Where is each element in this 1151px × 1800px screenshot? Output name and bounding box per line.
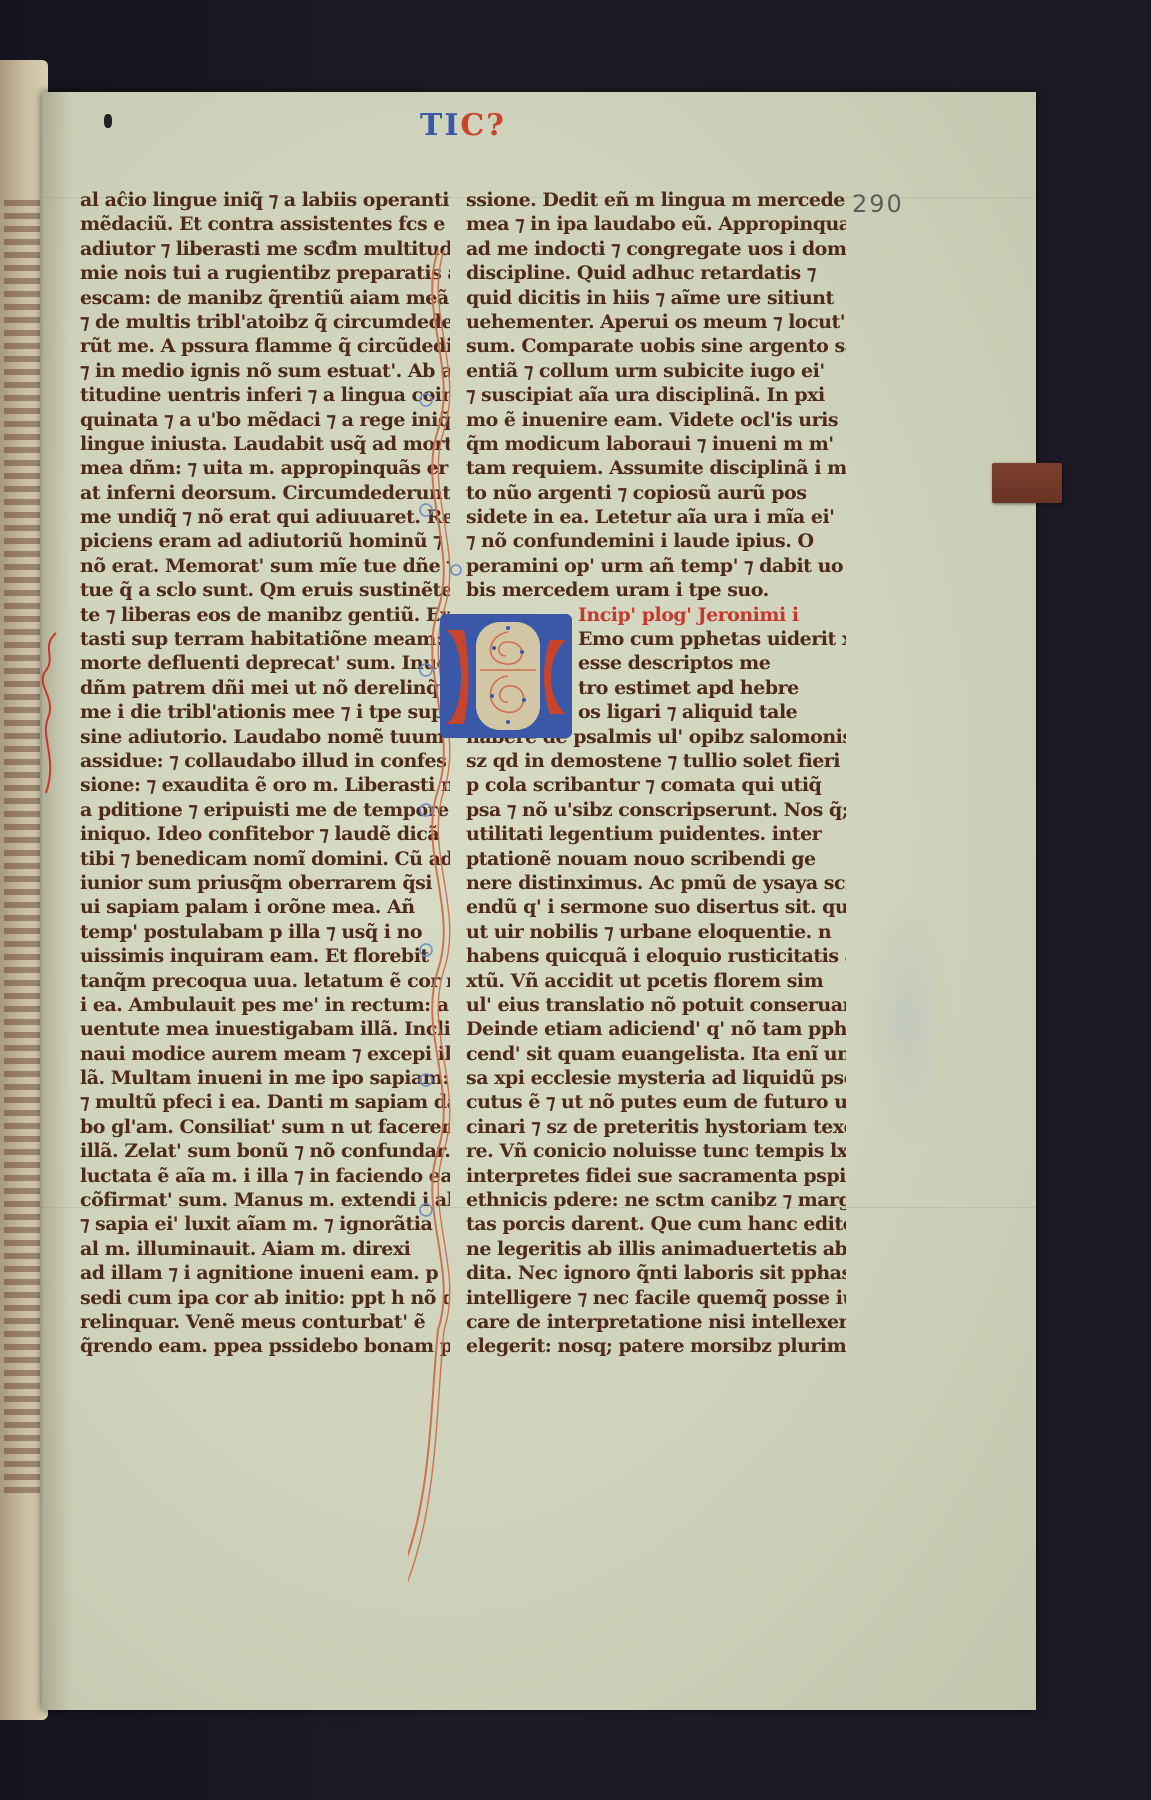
- text-line: ethnicis pdere: ne sctm canibz ⁊ margari: [466, 1188, 846, 1212]
- decorated-initial-n: [436, 612, 576, 740]
- left-text-column: al aĉio lingue iniq̃ ⁊ a labiis operanti…: [80, 188, 450, 1359]
- text-line: ut uir nobilis ⁊ urbane eloquentie. n: [466, 920, 846, 944]
- text-line: sa xpi ecclesie mysteria ad liquidũ pse: [466, 1066, 846, 1090]
- text-line: cend' sit quam euangelista. Ita enĩ uniu…: [466, 1042, 846, 1066]
- text-line: discipline. Quid adhuc retardatis ⁊: [466, 261, 846, 285]
- text-line: ssione. Dedit eñ m lingua m mercede: [466, 188, 846, 212]
- text-line: uissimis inquiram eam. Et florebit: [80, 944, 450, 968]
- text-line: mea ⁊ in ipa laudabo eũ. Appropinquate: [466, 212, 846, 236]
- text-line: ⁊ de multis tribl'atoibz q̃ circumdede: [80, 310, 450, 334]
- text-line: interpretes fidei sue sacramenta pspicue: [466, 1164, 846, 1188]
- text-line: ⁊ sapia ei' luxit aĩam m. ⁊ ignorãtia: [80, 1212, 450, 1236]
- text-line: tue q̃ a sclo sunt. Qm eruis sustinẽtes: [80, 578, 450, 602]
- text-line: ⁊ nõ confundemini i laude ipius. O: [466, 529, 846, 553]
- text-line: nõ erat. Memorat' sum mĩe tue dñe ⁊ opat…: [80, 554, 450, 578]
- text-line: ui sapiam palam i orõne mea. Añ: [80, 895, 450, 919]
- text-line: morte defluenti deprecat' sum. Inuocaui: [80, 651, 450, 675]
- facing-page-edge: [0, 60, 48, 1720]
- text-line: ⁊ multũ pfeci i ea. Danti m sapiam da: [80, 1090, 450, 1114]
- right-text-column: ssione. Dedit eñ m lingua m mercedemea ⁊…: [466, 188, 846, 1359]
- pen-flourish-decoration: [408, 250, 468, 1650]
- text-line: sidete in ea. Letetur aĩa ura i mĩa ei': [466, 505, 846, 529]
- text-line: peramini op' urm añ temp' ⁊ dabit uo: [466, 554, 846, 578]
- ink-dot: [104, 114, 112, 128]
- text-line: naui modice aurem meam ⁊ excepi il: [80, 1042, 450, 1066]
- text-line: ad me indocti ⁊ congregate uos i domũ: [466, 237, 846, 261]
- text-line: sz qd in demostene ⁊ tullio solet fieri: [466, 749, 846, 773]
- text-line: to nũo argenti ⁊ copiosũ aurũ pos: [466, 481, 846, 505]
- text-line: care de interpretatione nisi intellexeri…: [466, 1310, 846, 1334]
- text-line: sedi cum ipa cor ab initio: ppt h nõ de: [80, 1286, 450, 1310]
- text-line: elegerit: nosq; patere morsibz plurimor: [466, 1334, 846, 1358]
- text-line: al m. illuminauit. Aiam m. direxi: [80, 1237, 450, 1261]
- text-line: iniquo. Ideo confitebor ⁊ laudẽ dicã: [80, 822, 450, 846]
- text-line: me i die tribl'ationis mee ⁊ i tpe supbo…: [80, 700, 450, 724]
- text-line: illã. Zelat' sum bonũ ⁊ nõ confundar. Co…: [80, 1139, 450, 1163]
- text-line: uentute mea inuestigabam illã. Incli: [80, 1017, 450, 1041]
- text-line: rũt me. A pssura flamme q̃ circũdedit me…: [80, 334, 450, 358]
- text-line: p cola scribantur ⁊ comata qui utiq̃: [466, 773, 846, 797]
- text-line: psa ⁊ nõ u'sibz conscripserunt. Nos q̃;: [466, 798, 846, 822]
- bookmark-tab: [992, 463, 1062, 503]
- text-line: cinari ⁊ sz de preteritis hystoriam texe: [466, 1115, 846, 1139]
- text-line: adiutor ⁊ liberasti me scđm multitudinẽ: [80, 237, 450, 261]
- text-line: tibi ⁊ benedicam nomĩ domini. Cũ adhuc: [80, 847, 450, 871]
- running-header-red: C?: [460, 108, 505, 143]
- text-line: iunior sum priusq̃m oberrarem q̃si: [80, 871, 450, 895]
- text-line: relinquar. Venẽ meus conturbat' ẽ: [80, 1310, 450, 1334]
- text-line: q̃m modicum laboraui ⁊ inueni m m': [466, 432, 846, 456]
- text-line: tanq̃m precoqua uua. letatum ẽ cor m.: [80, 969, 450, 993]
- text-line: mie nois tui a rugientibz preparatis ad: [80, 261, 450, 285]
- text-line: luctata ẽ aĩa m. i illa ⁊ in faciendo ea: [80, 1164, 450, 1188]
- text-line: Deinde etiam adiciend' q' nõ tam ppha di: [466, 1017, 846, 1041]
- text-line: assidue: ⁊ collaudabo illud in confes: [80, 749, 450, 773]
- text-line: q̃rendo eam. ppea pssidebo bonam pssel: [80, 1334, 450, 1358]
- parchment-stain: [862, 892, 952, 1152]
- text-line: at inferni deorsum. Circumdederunt: [80, 481, 450, 505]
- text-line: ⁊ suscipiat aĩa ura disciplinã. In pxi: [466, 383, 846, 407]
- text-line: bo gl'am. Consiliat' sum n ut facerem: [80, 1115, 450, 1139]
- text-line: dita. Nec ignoro q̃nti laboris sit pphas: [466, 1261, 846, 1285]
- text-line: ptationẽ nouam nouo scribendi ge: [466, 847, 846, 871]
- text-line: cutus ẽ ⁊ ut nõ putes eum de futuro uati: [466, 1090, 846, 1114]
- text-line: quinata ⁊ a u'bo mẽdaci ⁊ a rege iniq̃ ⁊: [80, 408, 450, 432]
- running-header-blue: TI: [420, 108, 460, 143]
- text-line: escam: de manibz q̃rentiũ aiam meã: [80, 286, 450, 310]
- text-line: mo ẽ inuenire eam. Videte ocl'is uris: [466, 408, 846, 432]
- text-line: habens quicquã i eloquio rusticitatis ad…: [466, 944, 846, 968]
- text-line: me undiq̃ ⁊ nõ erat qui adiuuaret. Res: [80, 505, 450, 529]
- marginal-annotation-mark: [38, 628, 60, 798]
- text-line: ne legeritis ab illis animaduertetis abs…: [466, 1237, 846, 1261]
- text-line: tam requiem. Assumite disciplinã i mul: [466, 456, 846, 480]
- text-line: bis mercedem uram i tpe suo.: [466, 578, 846, 602]
- running-header: TIC?: [420, 108, 506, 143]
- text-line: sum. Comparate uobis sine argento sapi: [466, 334, 846, 358]
- text-line: xtũ. Vñ accidit ut pcetis florem sim: [466, 969, 846, 993]
- text-line: a pditione ⁊ eripuisti me de tempore: [80, 798, 450, 822]
- text-line: mea dñm: ⁊ uita m. appropinquãs er: [80, 456, 450, 480]
- text-line: uehementer. Aperui os meum ⁊ locut': [466, 310, 846, 334]
- text-line: sine adiutorio. Laudabo nomẽ tuum: [80, 725, 450, 749]
- facing-page-text: [4, 200, 40, 1500]
- text-line: titudine uentris inferi ⁊ a lingua coin: [80, 383, 450, 407]
- text-line: intelligere ⁊ nec facile quemq̃ posse iu…: [466, 1286, 846, 1310]
- text-line: quid dicitis in hiis ⁊ aĩme ure sitiunt: [466, 286, 846, 310]
- text-line: nere distinximus. Ac pmũ de ysaya sci: [466, 871, 846, 895]
- text-line: lã. Multam inueni in me ipo sapiam:: [80, 1066, 450, 1090]
- text-line: tas porcis darent. Que cum hanc edito: [466, 1212, 846, 1236]
- text-line: utilitati legentium puidentes. inter: [466, 822, 846, 846]
- text-line: tasti sup terram habitatiõne meam: ⁊ pro: [80, 627, 450, 651]
- text-line: sione: ⁊ exaudita ẽ oro m. Liberasti me: [80, 773, 450, 797]
- text-line: entiã ⁊ collum urm subicite iugo ei': [466, 359, 846, 383]
- text-line: piciens eram ad adiutoriũ hominũ ⁊: [80, 529, 450, 553]
- text-line: dñm patrem dñi mei ut nõ derelinq̃t: [80, 676, 450, 700]
- text-line: ⁊ in medio ignis nõ sum estuat'. Ab al: [80, 359, 450, 383]
- text-line: endũ q' i sermone suo disertus sit. quip…: [466, 895, 846, 919]
- text-line: te ⁊ liberas eos de manibz gentiũ. Exal: [80, 603, 450, 627]
- text-line: re. Vñ conicio noluisse tunc tempis lxx: [466, 1139, 846, 1163]
- text-line: temp' postulabam p illa ⁊ usq̃ i no: [80, 920, 450, 944]
- text-line: i ea. Ambulauit pes me' in rectum: a iu: [80, 993, 450, 1017]
- text-line: ad illam ⁊ i agnitione inueni eam. p: [80, 1261, 450, 1285]
- text-line: cõfirmat' sum. Manus m. extendi i alt: [80, 1188, 450, 1212]
- text-line: lingue iniusta. Laudabit usq̃ ad mortẽ a…: [80, 432, 450, 456]
- text-line: al aĉio lingue iniq̃ ⁊ a labiis operanti…: [80, 188, 450, 212]
- text-line: ul' eius translatio nõ potuit conseruare…: [466, 993, 846, 1017]
- folio-number: 290: [852, 190, 904, 218]
- text-line: mẽdaciũ. Et contra assistentes fcs e in: [80, 212, 450, 236]
